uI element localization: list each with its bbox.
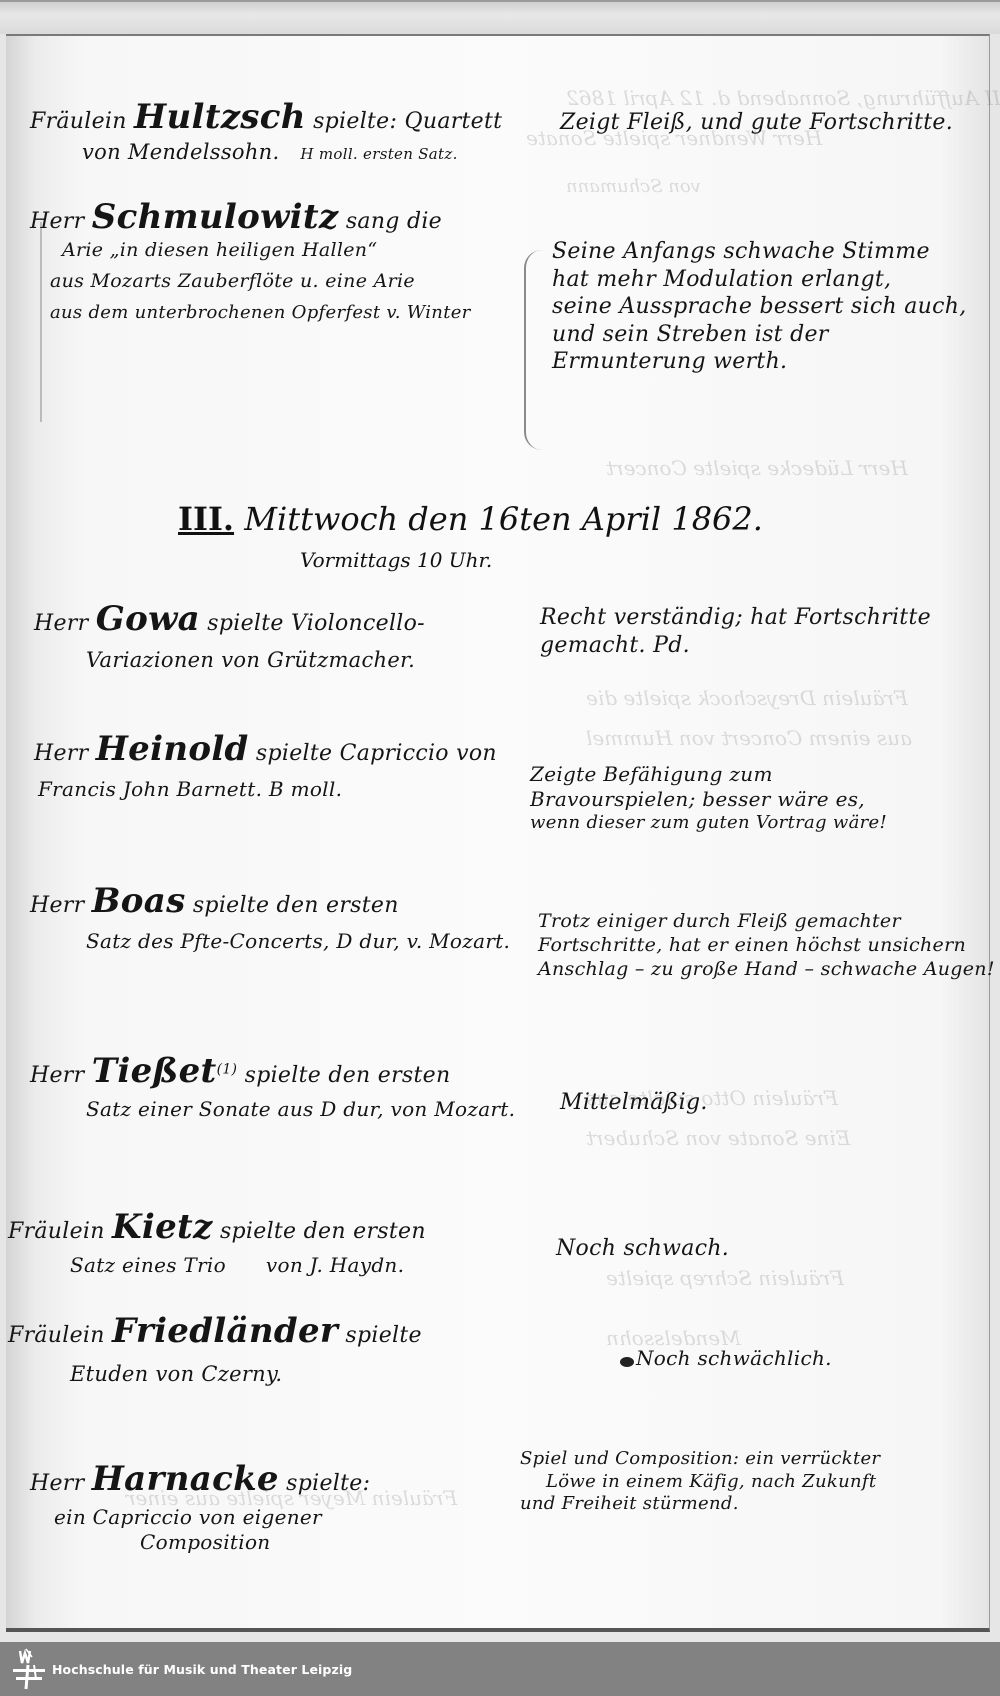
previous-page-edge (0, 0, 1000, 34)
remark-line: Mittelmäßig. (560, 1090, 708, 1115)
performer-title: Fräulein (8, 1323, 105, 1348)
remark-harnacke: Spiel und Composition: ein verrückter Lö… (520, 1448, 880, 1516)
remark-line: und Freiheit stürmend. (520, 1493, 880, 1516)
performer-name: Hultzsch (134, 97, 306, 137)
entry-line: spielte (345, 1323, 421, 1348)
performer-name: Friedländer (112, 1311, 338, 1351)
remark-line: Noch schwach. (556, 1236, 729, 1261)
performer-title: Fräulein (8, 1219, 105, 1244)
performer-title: Herr (30, 209, 84, 234)
remark-line: seine Aussprache bessert sich auch, (552, 293, 967, 321)
entry-harnacke: Herr Harnacke spielte: ein Capriccio von… (30, 1458, 370, 1555)
entry-tiesset: Herr Tießet(1) spielte den ersten Satz e… (30, 1050, 515, 1122)
remark-line: Noch schwächlich. (636, 1346, 832, 1370)
performer-name: Harnacke (92, 1459, 279, 1499)
performer-name: Gowa (96, 599, 200, 639)
performer-name: Schmulowitz (92, 197, 339, 237)
hmt-leipzig-logo-icon (12, 1647, 46, 1691)
performer-name: Boas (92, 881, 186, 921)
remark-hultzsch: Zeigt Fleiß, und gute Fortschritte. (560, 110, 953, 135)
remark-line: Recht verständig; hat Fortschritte (540, 604, 931, 632)
institution-footer: Hochschule für Musik und Theater Leipzig (0, 1642, 1000, 1696)
entry-line: Francis John Barnett. B moll. (34, 777, 497, 802)
entry-line: Satz einer Sonate aus D dur, von Mozart. (30, 1097, 515, 1122)
entry-line: spielte den ersten (193, 893, 399, 918)
entry-line: Variazionen von Grützmacher. (34, 647, 425, 673)
concert-time: Vormittags 10 Uhr. (300, 548, 492, 572)
performer-title: Herr (34, 741, 88, 766)
remark-line: Zeigt Fleiß, und gute Fortschritte. (560, 110, 953, 135)
bleed-through-text: Fräulein Dreyschock spielte die (586, 686, 908, 710)
remark-tiesset: Mittelmäßig. (560, 1090, 708, 1115)
entry-line: spielte den ersten (245, 1063, 451, 1088)
entry-line: Composition (30, 1530, 370, 1555)
entry-line: spielte: (286, 1471, 370, 1496)
remark-line: Seine Anfangs schwache Stimme (552, 238, 967, 266)
ink-blot (620, 1357, 634, 1367)
bleed-through-text: Herr Lüdecke spielte Concert (606, 456, 908, 480)
entry-line: Satz des Pfte-Concerts, D dur, v. Mozart… (30, 929, 510, 954)
entry-line: spielte Violoncello- (207, 611, 425, 636)
performer-name: Tießet (92, 1051, 217, 1091)
entry-line: Satz eines Trio von J. Haydn. (8, 1253, 426, 1278)
remark-line: Ermunterung werth. (552, 348, 967, 376)
performer-title: Herr (30, 1063, 84, 1088)
performer-name: Kietz (112, 1207, 213, 1247)
entry-line: spielte den ersten (220, 1219, 426, 1244)
entry-line: spielte Capriccio von (256, 741, 497, 766)
entry-friedlaender: Fräulein Friedländer spielte Etuden von … (8, 1310, 422, 1387)
pencil-brace (524, 250, 544, 450)
bleed-through-text: Eine Sonate von Schubert (586, 1126, 850, 1150)
entry-heinold: Herr Heinold spielte Capriccio von Franc… (34, 728, 497, 802)
performer-title: Herr (34, 611, 88, 636)
entry-line: aus dem unterbrochenen Opferfest v. Wint… (30, 302, 471, 325)
performer-title: Herr (30, 893, 84, 918)
entry-line: von Mendelssohn. (82, 140, 279, 164)
remark-line: Bravourspielen; besser wäre es, (530, 787, 887, 812)
remark-line: und sein Streben ist der (552, 321, 967, 349)
entry-line: H moll. ersten Satz. (300, 145, 457, 163)
entry-line: spielte: Quartett (313, 109, 502, 134)
entry-boas: Herr Boas spielte den ersten Satz des Pf… (30, 880, 510, 954)
institution-name: Hochschule für Musik und Theater Leipzig (52, 1662, 352, 1677)
performer-title: Fräulein (30, 109, 127, 134)
remark-line: Anschlag – zu große Hand – schwache Auge… (538, 958, 995, 982)
entry-line: aus Mozarts Zauberflöte u. eine Arie (30, 270, 471, 294)
remark-line: Fortschritte, hat er einen höchst unsich… (538, 934, 995, 958)
concert-date: Mittwoch den 16ten April 1862. (244, 500, 763, 538)
concert-number: III. (178, 500, 234, 538)
remark-heinold: Zeigte Befähigung zum Bravourspielen; be… (530, 762, 887, 835)
bleed-through-text: Fräulein Schrep spielte (606, 1266, 844, 1290)
remark-line: Löwe in einem Käfig, nach Zukunft (520, 1471, 880, 1494)
remark-line: hat mehr Modulation erlangt, (552, 266, 967, 294)
entry-line: sang die (346, 209, 442, 234)
entry-line: ein Capriccio von eigener (30, 1505, 370, 1530)
entry-line: Arie „in diesen heiligen Hallen“ (30, 239, 471, 263)
remark-line: Zeigte Befähigung zum (530, 762, 887, 787)
performer-title: Herr (30, 1471, 84, 1496)
entry-schmulowitz: Herr Schmulowitz sang die Arie „in diese… (30, 196, 471, 325)
bleed-through-text: aus einem Concert von Hummel (586, 726, 912, 750)
remark-line: Spiel und Composition: ein verrückter (520, 1448, 880, 1471)
remark-line: Trotz einiger durch Fleiß gemachter (538, 910, 995, 934)
remark-boas: Trotz einiger durch Fleiß gemachter Fort… (538, 910, 995, 981)
footnote-mark: (1) (217, 1062, 238, 1078)
remark-kietz: Noch schwach. (556, 1236, 729, 1261)
entry-kietz: Fräulein Kietz spielte den ersten Satz e… (8, 1206, 426, 1278)
remark-line: gemacht. Pd. (540, 632, 931, 660)
bleed-through-text: von Schumann (566, 176, 701, 197)
remark-gowa: Recht verständig; hat Fortschritte gemac… (540, 604, 931, 659)
remark-friedlaender: Noch schwächlich. (636, 1346, 832, 1370)
remark-schmulowitz: Seine Anfangs schwache Stimme hat mehr M… (552, 238, 967, 376)
performer-name: Heinold (96, 729, 249, 769)
remark-line: wenn dieser zum guten Vortrag wäre! (530, 812, 887, 835)
entry-hultzsch: Fräulein Hultzsch spielte: Quartett von … (30, 96, 502, 165)
entry-line: Etuden von Czerny. (8, 1361, 422, 1387)
bleed-through-text: II Aufführung, Sonnabend d. 12 April 186… (566, 86, 1000, 110)
concert-heading: III. Mittwoch den 16ten April 1862. (178, 500, 763, 538)
entry-gowa: Herr Gowa spielte Violoncello- Variazion… (34, 598, 425, 673)
